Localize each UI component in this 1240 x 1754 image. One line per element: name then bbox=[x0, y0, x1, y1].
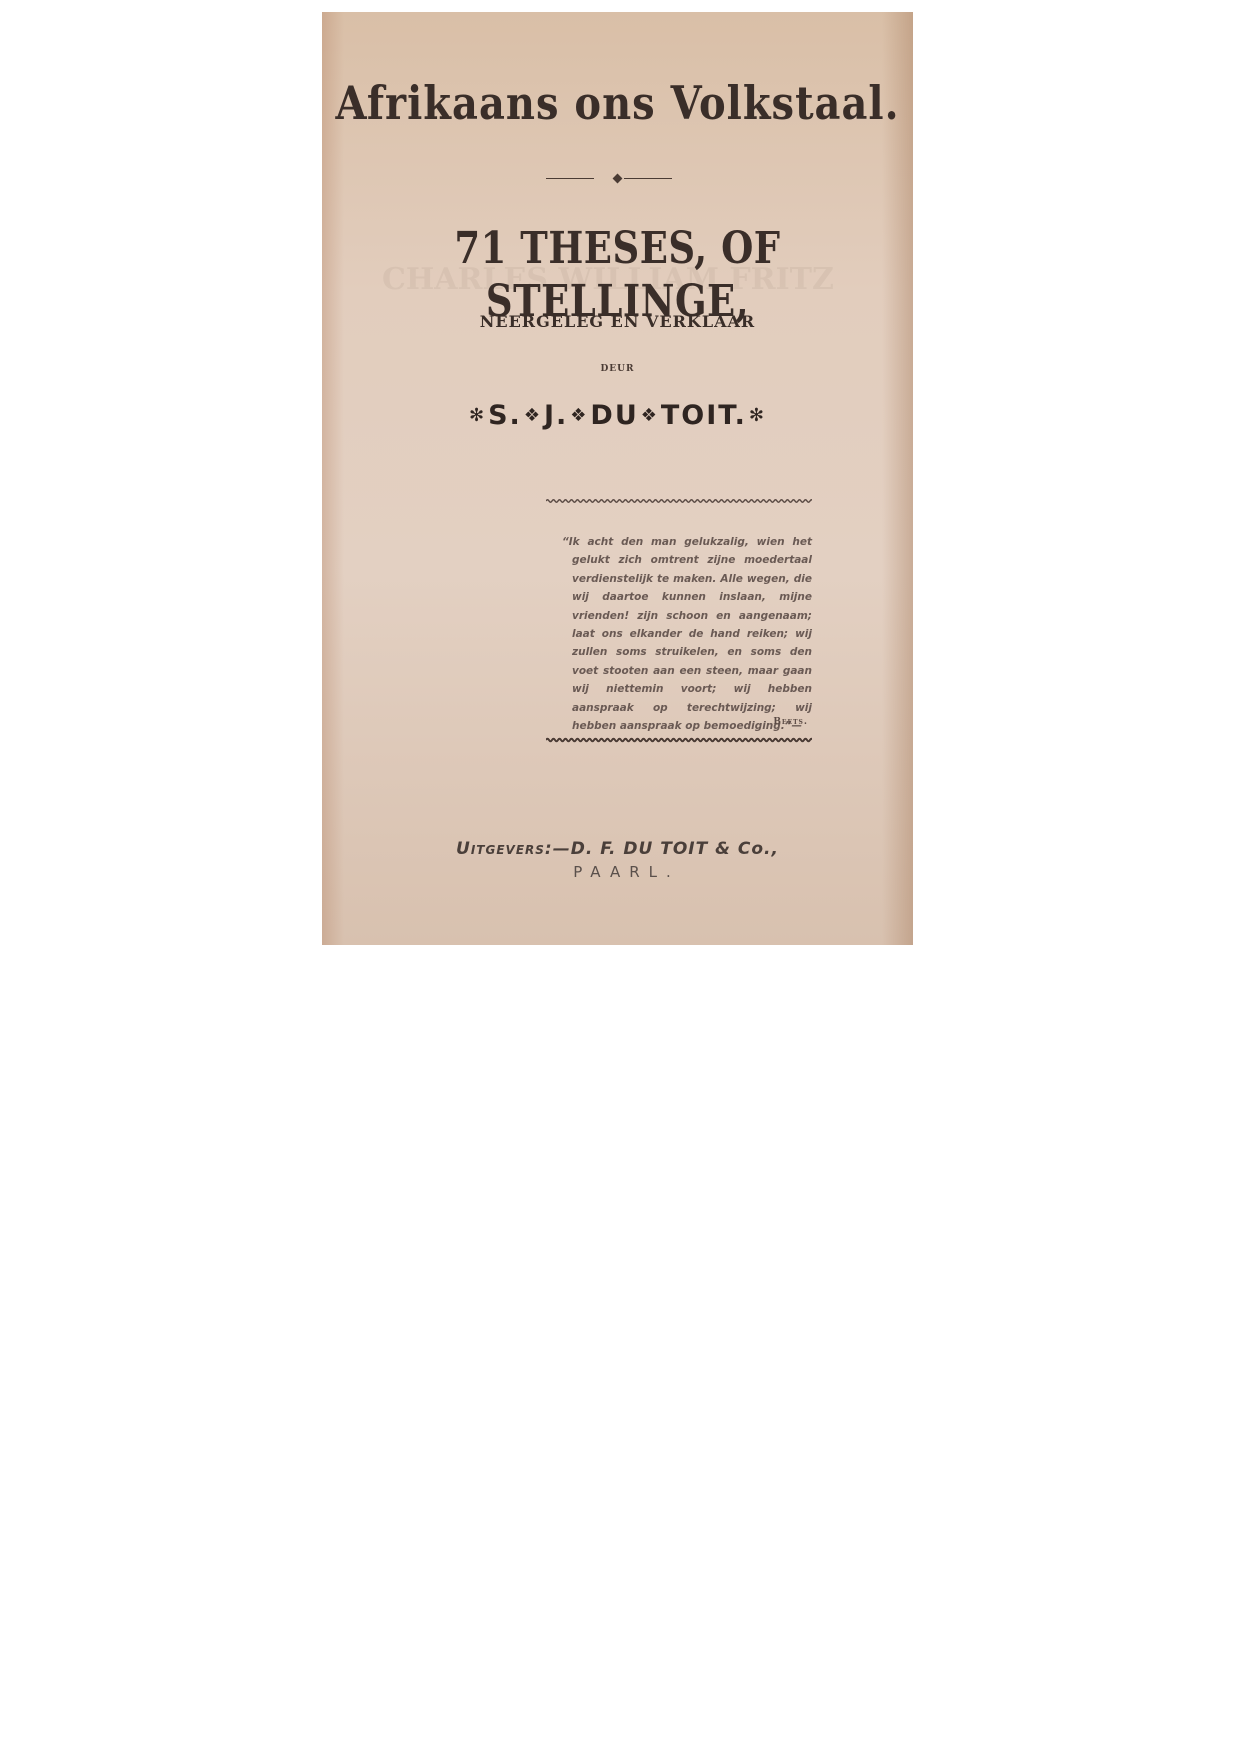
author-initial: S. bbox=[488, 400, 522, 431]
diamond-separator-icon: ❖ bbox=[524, 405, 542, 426]
diamond-separator-icon: ❖ bbox=[570, 405, 588, 426]
publisher-name: D. F. DU TOIT & Co., bbox=[571, 839, 779, 859]
author-surname: TOIT. bbox=[661, 400, 747, 431]
subtitle: NEERGELEG EN VERKLAAR bbox=[322, 312, 913, 331]
flourish-left-icon: ✻ bbox=[469, 405, 486, 426]
author-name: ✻S.❖J.❖DU❖TOIT.✻ bbox=[322, 400, 913, 431]
publisher-label: Uitgevers: bbox=[456, 839, 553, 859]
publisher-line: Uitgevers:—D. F. DU TOIT & Co., bbox=[322, 839, 913, 859]
epigraph-attribution: Beets. bbox=[722, 717, 808, 727]
main-heading: 71 THESES, OF STELLINGE, bbox=[322, 221, 913, 327]
author-initial: J. bbox=[544, 400, 568, 431]
author-surname: DU bbox=[590, 400, 638, 431]
by-label: DEUR bbox=[322, 364, 913, 374]
diamond-separator-icon: ❖ bbox=[641, 405, 659, 426]
title-ornament-divider bbox=[322, 173, 913, 185]
epigraph-quote: “Ik acht den man gelukzalig, wien het ge… bbox=[542, 533, 812, 735]
diamond-ornament-icon bbox=[612, 174, 622, 184]
wavy-rule-bottom bbox=[546, 736, 812, 744]
publisher-city: PAARL. bbox=[322, 863, 922, 881]
flourish-right-icon: ✻ bbox=[749, 405, 766, 426]
scanned-title-page: CHARLES WILLIAM FRITZ Afrikaans ons Volk… bbox=[322, 12, 913, 945]
wavy-rule-top bbox=[546, 497, 812, 505]
book-title: Afrikaans ons Volkstaal. bbox=[322, 76, 913, 130]
publisher-dash: — bbox=[553, 839, 571, 859]
